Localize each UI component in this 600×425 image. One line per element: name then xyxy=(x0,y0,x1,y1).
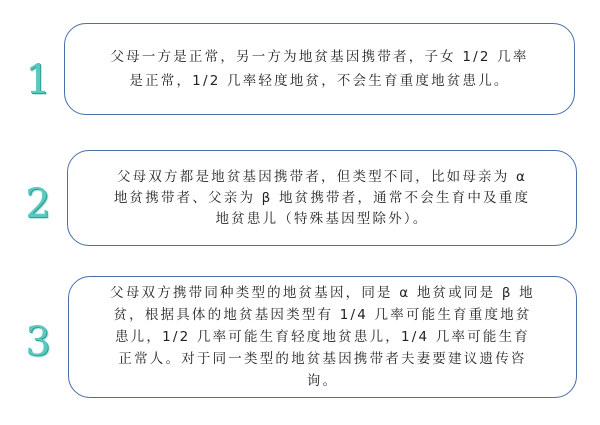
info-box-3: 父母双方携带同种类型的地贫基因，同是 α 地贫或同是 β 地 贫，根据具体的地贫… xyxy=(68,276,577,398)
info-text-2: 父母双方都是地贫基因携带者，但类型不同，比如母亲为 α 地贫携带者、父亲为 β … xyxy=(100,167,544,230)
info-box-1: 父母一方是正常，另一方为地贫基因携带者，子女 1/2 几率 是正常，1/2 几率… xyxy=(64,23,575,115)
text-line: 患儿，1/2 几率可能生育轻度地贫患儿，1/4 几率可能生育 xyxy=(110,326,535,348)
text-line: 父母双方携带同种类型的地贫基因，同是 α 地贫或同是 β 地 xyxy=(110,282,535,304)
text-line: 父母双方都是地贫基因携带者，但类型不同，比如母亲为 α xyxy=(114,167,530,188)
step-number-1: 1 xyxy=(13,60,63,100)
text-line: 询。 xyxy=(110,370,535,392)
text-line: 是正常，1/2 几率轻度地贫，不会生育重度地贫患儿。 xyxy=(110,69,528,93)
text-line: 地贫患儿（特殊基因型除外）。 xyxy=(114,209,530,230)
text-line: 正常人。对于同一类型的地贫基因携带者夫妻要建议遗传咨 xyxy=(110,348,535,370)
text-line: 地贫携带者、父亲为 β 地贫携带者，通常不会生育中及重度 xyxy=(114,188,530,209)
step-number-2: 2 xyxy=(13,184,63,224)
info-text-1: 父母一方是正常，另一方为地贫基因携带者，子女 1/2 几率 是正常，1/2 几率… xyxy=(96,45,542,93)
info-text-3: 父母双方携带同种类型的地贫基因，同是 α 地贫或同是 β 地 贫，根据具体的地贫… xyxy=(96,282,549,392)
text-line: 父母一方是正常，另一方为地贫基因携带者，子女 1/2 几率 xyxy=(110,45,528,69)
step-number-3: 3 xyxy=(13,322,63,362)
text-line: 贫，根据具体的地贫基因类型有 1/4 几率可能生育重度地贫 xyxy=(110,304,535,326)
info-box-2: 父母双方都是地贫基因携带者，但类型不同，比如母亲为 α 地贫携带者、父亲为 β … xyxy=(67,150,577,246)
